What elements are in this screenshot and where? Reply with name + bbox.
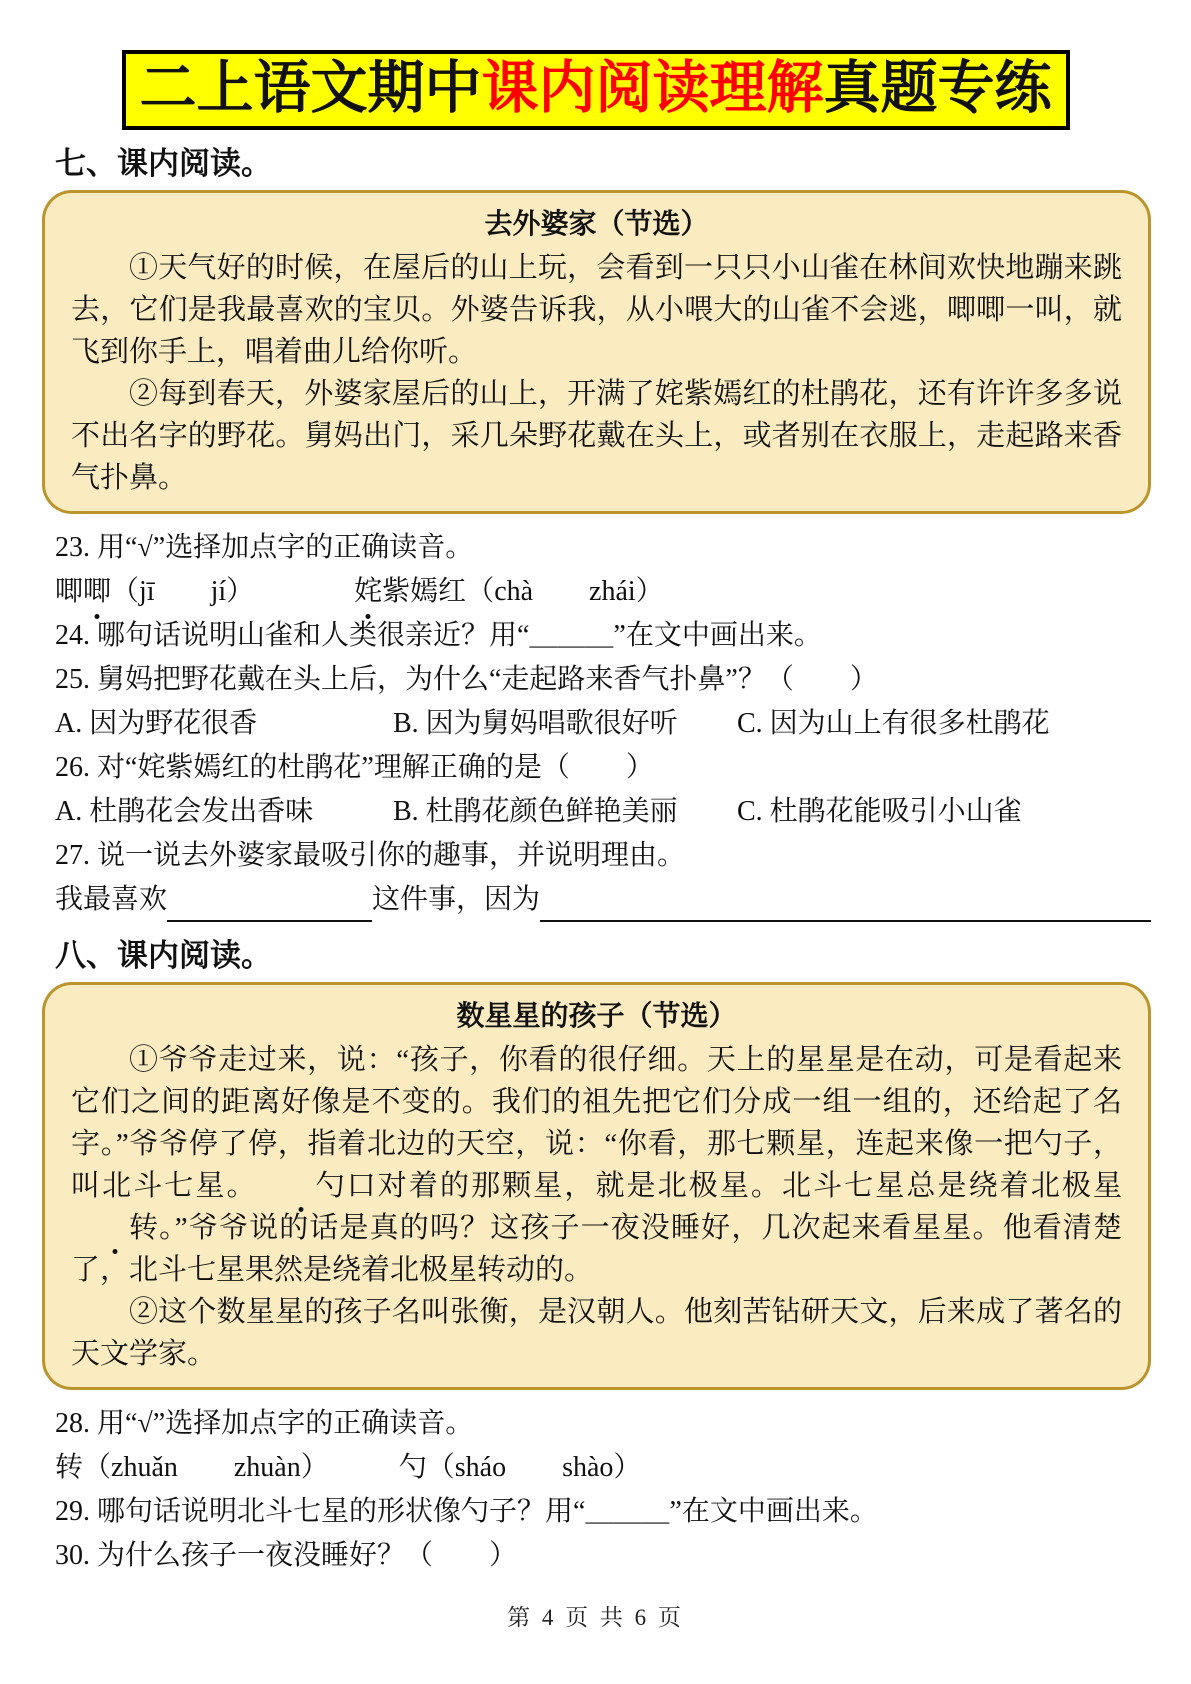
char-ji-2-dotted: 唧 <box>83 570 111 614</box>
question-26-option-a: A. 杜鹃花会发出香味 <box>55 790 393 834</box>
passage-box-2: 数星星的孩子（节选） ①爷爷走过来，说：“孩子，你看的很仔细。天上的星星是在动，… <box>42 982 1151 1390</box>
passage-2-para-2: ②这个数星星的孩子名叫张衡，是汉朝人。他刻苦钻研天文，后来成了著名的天文学家。 <box>71 1291 1122 1375</box>
chars-ziyanhong: 紫嫣红 <box>382 576 466 607</box>
answer-blank-1 <box>167 886 372 922</box>
question-29: 29. 哪句话说明北斗七星的形状像勺子？用“＿＿＿”在文中画出来。 <box>55 1490 1151 1534</box>
passage-box-1: 去外婆家（节选） ①天气好的时候，在屋后的山上玩，会看到一只只小山雀在林间欢快地… <box>42 190 1151 514</box>
char-ji-1: 唧 <box>55 576 83 607</box>
passage-2-para-1-seg-3: 。”爷爷说的话是真的吗？这孩子一夜没睡好，几次起来看星星。他看清楚了，北斗七星果… <box>71 1212 1122 1286</box>
questions-section-7: 23. 用“√”选择加点字的正确读音。 唧唧（jī jí）姹紫嫣红（chà zh… <box>55 526 1151 922</box>
passage-2-title: 数星星的孩子（节选） <box>71 995 1122 1039</box>
char-zhuan-dotted: 转 <box>71 1207 158 1249</box>
question-26-option-b: B. 杜鹃花颜色鲜艳美丽 <box>393 790 737 834</box>
pinyin-zhuan: （zhuǎn zhuàn） <box>83 1452 329 1483</box>
word-group-shao: 勺（sháo shào） <box>399 1452 642 1483</box>
question-25: 25. 舅妈把野花戴在头上后，为什么“走起路来香气扑鼻”？（ ） <box>55 658 1151 702</box>
question-30: 30. 为什么孩子一夜没睡好？（ ） <box>55 1534 1151 1578</box>
questions-section-8: 28. 用“√”选择加点字的正确读音。 转（zhuǎn zhuàn）勺（sháo… <box>55 1402 1151 1578</box>
page-number: 第 4 页 共 6 页 <box>0 1599 1191 1632</box>
section-7-heading: 七、课内阅读。 <box>55 144 1151 184</box>
word-group-jiji: 唧唧（jī jí） <box>55 576 254 607</box>
question-23: 23. 用“√”选择加点字的正确读音。 <box>55 526 1151 570</box>
title-part-red: 课内阅读理解 <box>482 57 824 120</box>
question-26-options: A. 杜鹃花会发出香味 B. 杜鹃花颜色鲜艳美丽 C. 杜鹃花能吸引小山雀 <box>55 790 1151 834</box>
char-zhuan: 转 <box>55 1452 83 1483</box>
word-group-zhuan: 转（zhuǎn zhuàn） <box>55 1452 329 1483</box>
question-28-word-line: 转（zhuǎn zhuàn）勺（sháo shào） <box>55 1446 1151 1490</box>
section-8-heading: 八、课内阅读。 <box>55 936 1151 976</box>
fill-mid-text: 这件事，因为 <box>372 878 540 922</box>
passage-2-para-1-seg-2: 口对着的那颗星，就是北极星。北斗七星总是绕着北极星 <box>345 1170 1122 1202</box>
question-25-options: A. 因为野花很香 B. 因为舅妈唱歌很好听 C. 因为山上有很多杜鹃花 <box>55 702 1151 746</box>
worksheet-page: 二上语文期中课内阅读理解真题专练 七、课内阅读。 去外婆家（节选） ①天气好的时… <box>0 0 1191 1684</box>
char-cha-dotted: 姹 <box>354 570 382 614</box>
question-26: 26. 对“姹紫嫣红的杜鹃花”理解正确的是（ ） <box>55 746 1151 790</box>
question-28: 28. 用“√”选择加点字的正确读音。 <box>55 1402 1151 1446</box>
passage-1-para-1: ①天气好的时候，在屋后的山上玩，会看到一只只小山雀在林间欢快地蹦来跳去，它们是我… <box>71 247 1122 373</box>
pinyin-chazhai: （chà zhái） <box>466 576 664 607</box>
title-part-black-2: 真题专练 <box>824 57 1052 120</box>
char-shao: 勺 <box>399 1452 427 1483</box>
question-26-option-c: C. 杜鹃花能吸引小山雀 <box>737 790 1151 834</box>
fill-prefix-text: 我最喜欢 <box>55 878 167 922</box>
question-23-word-line: 唧唧（jī jí）姹紫嫣红（chà zhái） <box>55 570 1151 614</box>
title-banner: 二上语文期中课内阅读理解真题专练 <box>122 50 1070 130</box>
word-group-chaziyanhong: 姹紫嫣红（chà zhái） <box>354 576 664 607</box>
passage-1-para-2: ②每到春天，外婆家屋后的山上，开满了姹紫嫣红的杜鹃花，还有许许多多说不出名字的野… <box>71 373 1122 499</box>
answer-blank-2 <box>540 886 1151 922</box>
char-shao-dotted: 勺 <box>258 1165 345 1207</box>
question-27: 27. 说一说去外婆家最吸引你的趣事，并说明理由。 <box>55 834 1151 878</box>
question-27-answer-line: 我最喜欢 这件事，因为 <box>55 878 1151 922</box>
passage-2-para-1: ①爷爷走过来，说：“孩子，你看的很仔细。天上的星星是在动，可是看起来它们之间的距… <box>71 1039 1122 1291</box>
question-25-option-a: A. 因为野花很香 <box>55 702 393 746</box>
pinyin-jiji: （jī jí） <box>111 576 254 607</box>
question-24: 24. 哪句话说明山雀和人类很亲近？用“＿＿＿”在文中画出来。 <box>55 614 1151 658</box>
question-25-option-b: B. 因为舅妈唱歌很好听 <box>393 702 737 746</box>
title-part-black-1: 二上语文期中 <box>140 57 482 120</box>
question-25-option-c: C. 因为山上有很多杜鹃花 <box>737 702 1151 746</box>
pinyin-shao: （sháo shào） <box>427 1452 642 1483</box>
passage-1-title: 去外婆家（节选） <box>71 203 1122 247</box>
